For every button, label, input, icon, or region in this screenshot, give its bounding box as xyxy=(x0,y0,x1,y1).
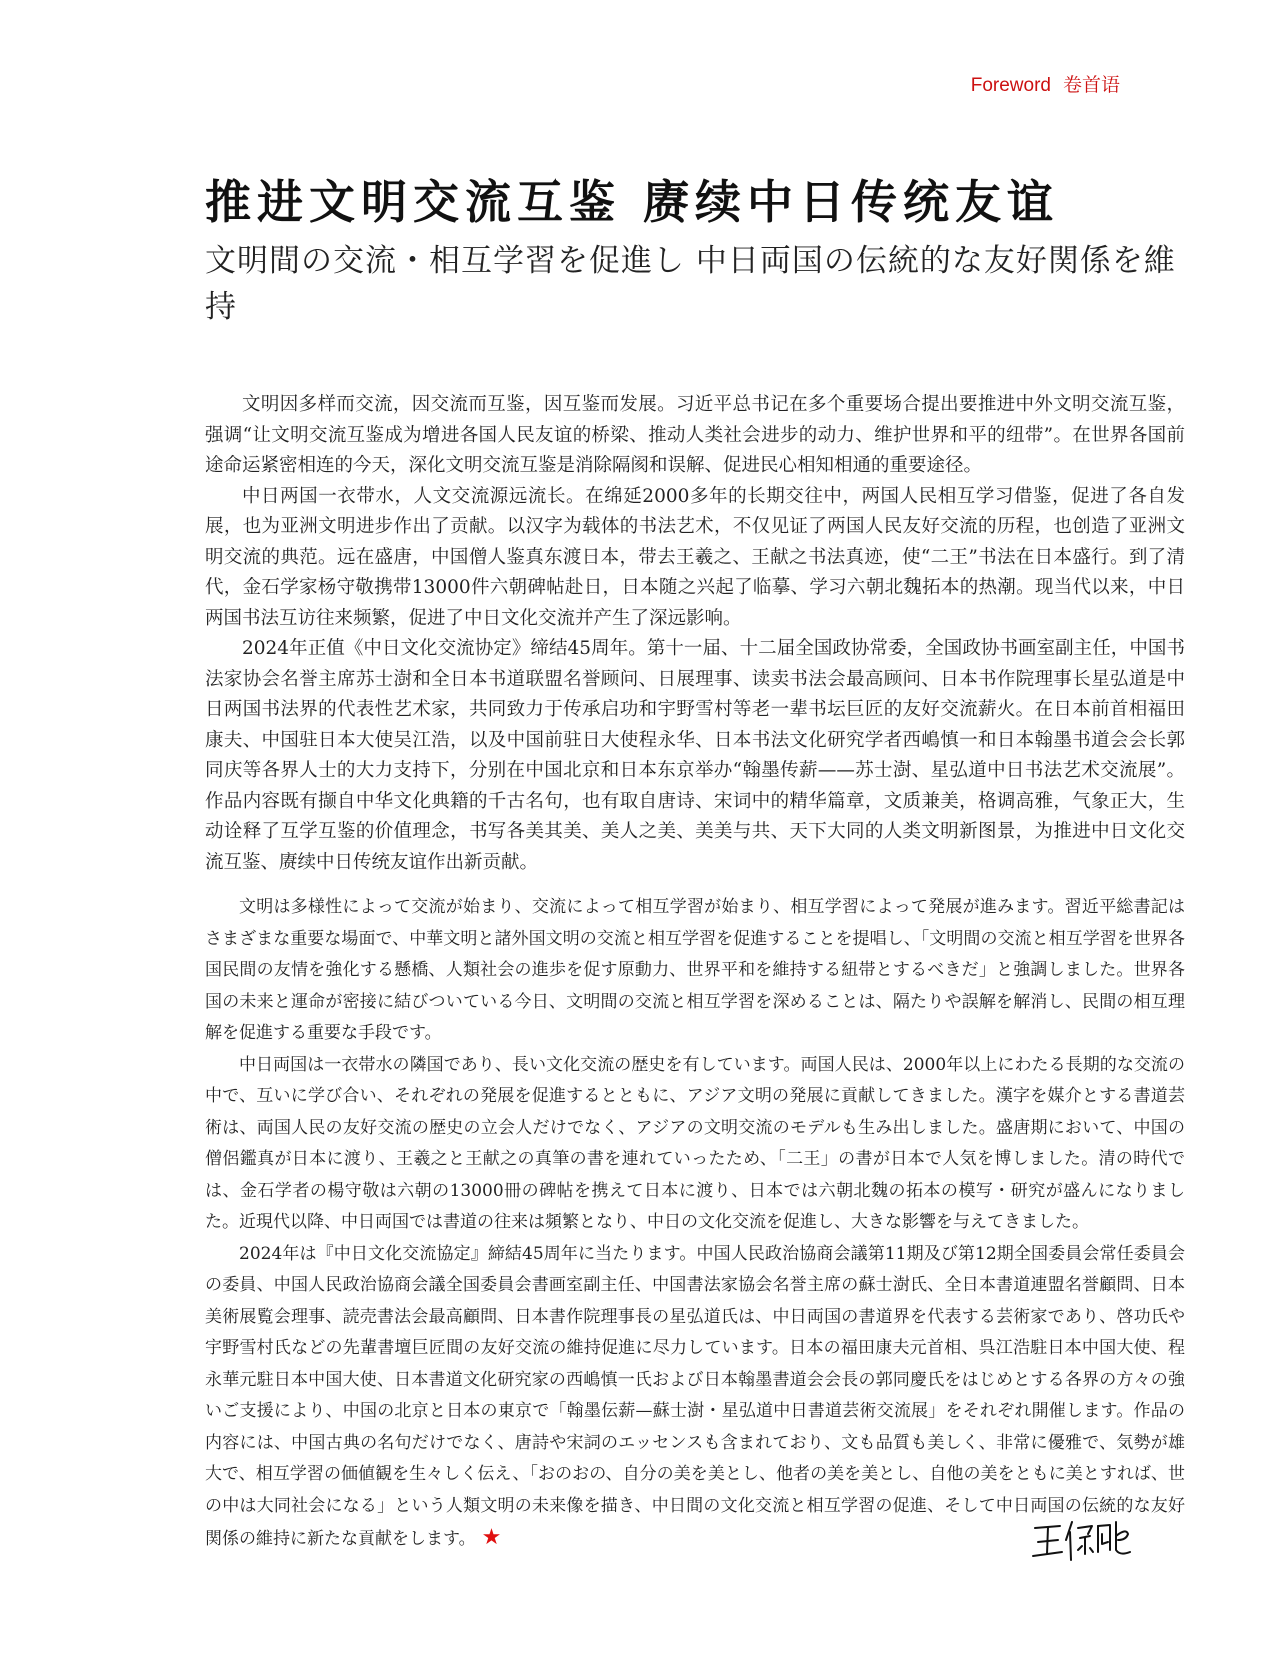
japanese-body: 文明は多様性によって交流が始まり、交流によって相互学習が始まり、相互学習によって… xyxy=(205,892,1185,1556)
chinese-body: 文明因多样而交流，因交流而互鉴，因互鉴而发展。习近平总书记在多个重要场合提出要推… xyxy=(205,390,1185,878)
cn-paragraph-1: 文明因多样而交流，因交流而互鉴，因互鉴而发展。习近平总书记在多个重要场合提出要推… xyxy=(205,390,1185,482)
article-title: 推进文明交流互鉴 赓续中日传统友谊 文明間の交流・相互学習を促進し 中日両国の伝… xyxy=(205,172,1185,330)
cn-paragraph-3: 2024年正值《中日文化交流协定》缔结45周年。第十一届、十二届全国政协常委，全… xyxy=(205,634,1185,878)
jp-paragraph-1: 文明は多様性によって交流が始まり、交流によって相互学習が始まり、相互学習によって… xyxy=(205,892,1185,1050)
star-end-icon: ★ xyxy=(482,1525,502,1550)
jp-paragraph-3-text: 2024年は『中日文化交流協定』締結45周年に当たります。中国人民政治協商会議第… xyxy=(205,1244,1185,1550)
title-japanese: 文明間の交流・相互学習を促進し 中日両国の伝統的な友好関係を維持 xyxy=(205,238,1185,330)
jp-paragraph-3: 2024年は『中日文化交流協定』締結45周年に当たります。中国人民政治協商会議第… xyxy=(205,1239,1185,1556)
section-label: Foreword卷首语 xyxy=(971,70,1120,97)
section-label-en: Foreword xyxy=(971,75,1051,96)
section-label-cn: 卷首语 xyxy=(1063,74,1120,96)
title-chinese: 推进文明交流互鉴 赓续中日传统友谊 xyxy=(205,172,1185,232)
cn-paragraph-2: 中日两国一衣带水，人文交流源远流长。在绵延2000多年的长期交往中，两国人民相互… xyxy=(205,482,1185,635)
jp-paragraph-2: 中日両国は一衣帯水の隣国であり、長い文化交流の歴史を有しています。両国人民は、2… xyxy=(205,1050,1185,1239)
signature-icon xyxy=(1030,1510,1140,1570)
